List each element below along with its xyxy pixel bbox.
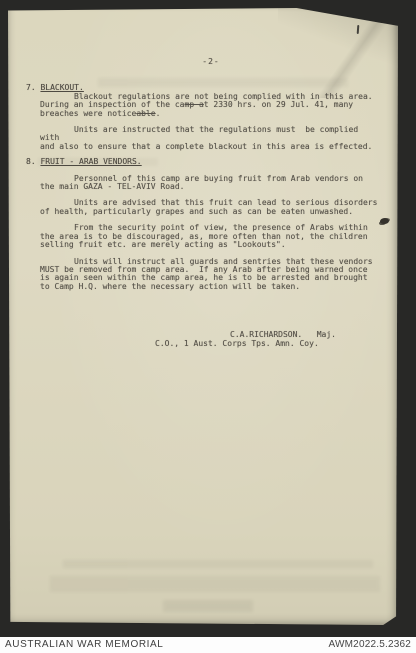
paragraph: Units are instructed that the regulation…: [40, 126, 382, 151]
page-number: -2-: [40, 58, 382, 66]
catalogue-footer-bar: AUSTRALIAN WAR MEMORIAL AWM2022.5.2362: [0, 637, 416, 653]
section-number: 7.: [26, 83, 36, 92]
scanned-document-view: -2- 7. BLACKOUT. Blackout regulations ar…: [0, 0, 416, 653]
archive-name-label: AUSTRALIAN WAR MEMORIAL: [5, 637, 163, 653]
section-blackout: 7. BLACKOUT. Blackout regulations are no…: [40, 84, 382, 151]
paragraph: Personnel of this camp are buying fruit …: [40, 175, 382, 192]
handwritten-tick-mark: [357, 25, 360, 34]
section-number: 8.: [26, 157, 36, 166]
paragraph: Blackout regulations are not being compl…: [40, 93, 382, 118]
bleed-through-smudge: [163, 600, 253, 612]
section-title: FRUIT - ARAB VENDORS.: [40, 157, 141, 166]
signature-block: C.A.RICHARDSON. Maj. C.O., 1 Aust. Corps…: [40, 331, 382, 348]
bleed-through-smudge: [50, 576, 380, 592]
bleed-through-smudge: [63, 560, 373, 568]
section-heading: 8. FRUIT - ARAB VENDORS.: [26, 158, 382, 166]
paragraph: From the security point of view, the pre…: [40, 224, 382, 249]
typed-text-block: -2- 7. BLACKOUT. Blackout regulations ar…: [40, 58, 382, 348]
paper-sheet: -2- 7. BLACKOUT. Blackout regulations ar…: [8, 8, 398, 625]
struck-out-text: mp a: [185, 100, 204, 109]
signature-unit: C.O., 1 Aust. Corps Tps. Amn. Coy.: [155, 340, 382, 348]
catalogue-id-label: AWM2022.5.2362: [329, 637, 411, 653]
paragraph: Units will instruct all guards and sentr…: [40, 258, 382, 292]
struck-out-text: able: [136, 109, 155, 118]
section-fruit-arab-vendors: 8. FRUIT - ARAB VENDORS. Personnel of th…: [40, 158, 382, 291]
paragraph: Units are advised that this fruit can le…: [40, 199, 382, 216]
paragraph-text: .: [156, 109, 161, 118]
